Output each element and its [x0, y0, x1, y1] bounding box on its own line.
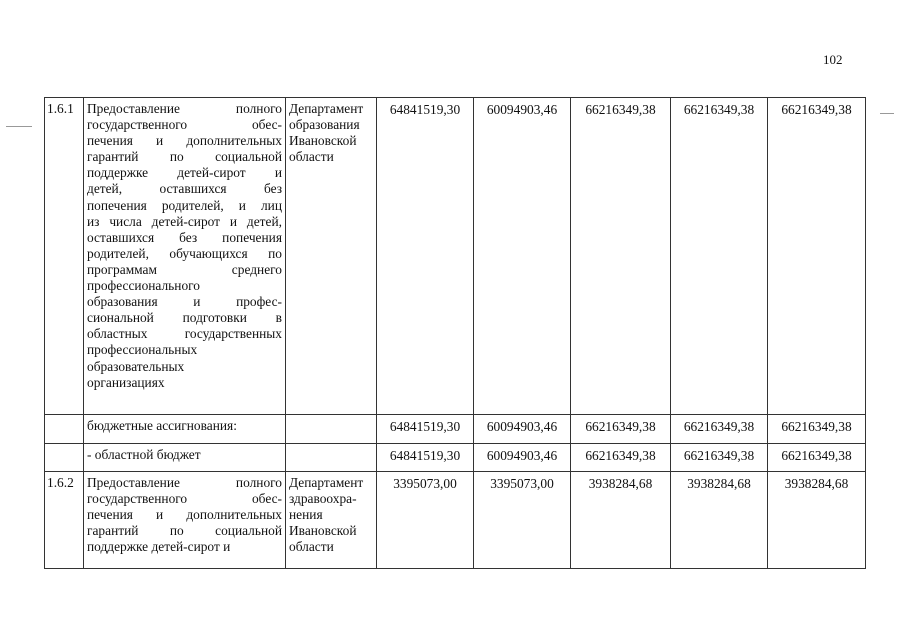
row-value-1: 64841519,30: [377, 444, 474, 472]
table-row: 1.6.2Предоставление полногогосударственн…: [45, 472, 866, 569]
row-value-3: 66216349,38: [571, 415, 671, 444]
description-line: - областной бюджет: [87, 447, 282, 463]
description-line: печения и дополнительных: [87, 507, 282, 523]
row-code: [45, 444, 84, 472]
row-value-5: 66216349,38: [768, 444, 866, 472]
page-number: 102: [823, 52, 843, 68]
row-value-4: 66216349,38: [671, 415, 768, 444]
description-line: программам среднего: [87, 262, 282, 278]
row-executor: ДепартаментобразованияИвановскойобласти: [286, 98, 377, 415]
row-value-3: 66216349,38: [571, 98, 671, 415]
left-margin-mark: [6, 126, 32, 127]
row-value-1: 64841519,30: [377, 415, 474, 444]
row-executor: Департаментздравоохра-ненияИвановскойобл…: [286, 472, 377, 569]
budget-table: 1.6.1Предоставление полногогосударственн…: [44, 97, 866, 569]
row-description: - областной бюджет: [84, 444, 286, 472]
row-value-3: 3938284,68: [571, 472, 671, 569]
description-line: родителей, обучающихся по: [87, 246, 282, 262]
row-value-5: 66216349,38: [768, 98, 866, 415]
table-row: - областной бюджет64841519,3060094903,46…: [45, 444, 866, 472]
executor-line: Департамент: [289, 475, 373, 491]
executor-line: здравоохра-: [289, 491, 373, 507]
executor-line: Департамент: [289, 101, 373, 117]
description-line: гарантий по социальной: [87, 523, 282, 539]
right-margin-mark: [880, 113, 894, 114]
description-line: Предоставление полного: [87, 475, 282, 491]
description-line: оставшихся без попечения: [87, 230, 282, 246]
executor-line: образования: [289, 117, 373, 133]
executor-line: Ивановской: [289, 523, 373, 539]
row-value-4: 3938284,68: [671, 472, 768, 569]
row-executor: [286, 444, 377, 472]
description-line: печения и дополнительных: [87, 133, 282, 149]
description-line: гарантий по социальной: [87, 149, 282, 165]
row-code: 1.6.2: [45, 472, 84, 569]
description-line: поддержке детей-сирот и: [87, 539, 282, 555]
description-line: организациях: [87, 375, 282, 391]
row-description: Предоставление полногогосударственного о…: [84, 98, 286, 415]
row-value-4: 66216349,38: [671, 444, 768, 472]
description-line: попечения родителей, и лиц: [87, 198, 282, 214]
description-line: государственного обес-: [87, 117, 282, 133]
row-description: Предоставление полногогосударственного о…: [84, 472, 286, 569]
row-value-4: 66216349,38: [671, 98, 768, 415]
table-row: 1.6.1Предоставление полногогосударственн…: [45, 98, 866, 415]
row-value-2: 60094903,46: [474, 415, 571, 444]
row-value-1: 64841519,30: [377, 98, 474, 415]
executor-line: нения: [289, 507, 373, 523]
row-value-5: 66216349,38: [768, 415, 866, 444]
row-value-3: 66216349,38: [571, 444, 671, 472]
row-value-5: 3938284,68: [768, 472, 866, 569]
description-line: государственного обес-: [87, 491, 282, 507]
description-line: детей, оставшихся без: [87, 181, 282, 197]
executor-line: области: [289, 149, 373, 165]
row-value-2: 60094903,46: [474, 444, 571, 472]
description-line: поддержке детей-сирот и: [87, 165, 282, 181]
description-line: бюджетные ассигнования:: [87, 418, 282, 434]
row-description: бюджетные ассигнования:: [84, 415, 286, 444]
description-line: сиональной подготовки в: [87, 310, 282, 326]
row-value-1: 3395073,00: [377, 472, 474, 569]
description-line: Предоставление полного: [87, 101, 282, 117]
description-line: образования и профес-: [87, 294, 282, 310]
executor-line: Ивановской: [289, 133, 373, 149]
row-code: 1.6.1: [45, 98, 84, 415]
description-line: профессиональных: [87, 342, 282, 358]
executor-line: области: [289, 539, 373, 555]
row-value-2: 3395073,00: [474, 472, 571, 569]
row-executor: [286, 415, 377, 444]
description-line: из числа детей-сирот и детей,: [87, 214, 282, 230]
table-row: бюджетные ассигнования:64841519,30600949…: [45, 415, 866, 444]
description-line: образовательных: [87, 359, 282, 375]
row-value-2: 60094903,46: [474, 98, 571, 415]
description-line: профессионального: [87, 278, 282, 294]
row-code: [45, 415, 84, 444]
description-line: областных государственных: [87, 326, 282, 342]
